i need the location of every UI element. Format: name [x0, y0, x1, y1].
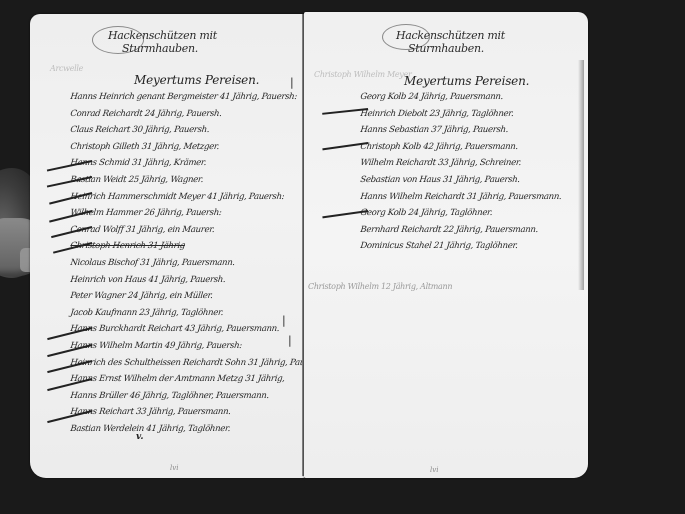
- page-edge-shadow: [578, 60, 584, 290]
- left-page: Hackenschützen mit Sturmhauben. Arcwelle…: [30, 14, 305, 478]
- check-mark: |: [282, 314, 286, 327]
- bleed-through-text: Christoph Wilhelm Meyer: [314, 70, 412, 79]
- list-item: Hanns Reichart 33 Jährig, Pauersmann.: [69, 407, 326, 424]
- list-item: Hanns Brüller 46 Jährig, Taglöhner, Paue…: [69, 391, 326, 408]
- list-item: Bastian Weidt 25 Jährig, Wagner.: [69, 175, 326, 192]
- right-page-heading: Meyertums Pereisen.: [404, 74, 529, 88]
- list-item: Wilhelm Reichardt 33 Jährig, Schreiner.: [359, 158, 562, 175]
- list-item: Sebastian von Haus 31 Jährig, Pauersh.: [359, 175, 562, 192]
- list-item: Hanns Sebastian 37 Jährig, Pauersh.: [359, 125, 562, 142]
- list-item: Christoph Kolb 42 Jährig, Pauersmann.: [359, 142, 562, 159]
- list-item: Conrad Wolff 31 Jährig, ein Maurer.: [69, 225, 326, 242]
- list-item: Georg Kolb 24 Jährig, Taglöhner.: [359, 208, 562, 225]
- right-page-title-line2: Sturmhauben.: [408, 43, 484, 55]
- list-item: Heinrich Hammerschmidt Meyer 41 Jährig, …: [69, 192, 326, 209]
- list-item: Hanns Ernst Wilhelm der Amtmann Metzg 31…: [69, 374, 326, 391]
- faint-note: Christoph Wilhelm 12 Jährig, Altmann: [308, 282, 452, 291]
- list-item-struck: Christoph Henrich 31 Jährig: [69, 241, 326, 258]
- list-item: Heinrich des Schultheissen Reichardt Soh…: [69, 358, 326, 375]
- left-page-entry-list: Hanns Heinrich genant Bergmeister 41 Jäh…: [70, 92, 325, 440]
- list-item: Peter Wagner 24 Jährig, ein Müller.: [69, 291, 326, 308]
- list-item: Bastian Werdelein 41 Jährig, Taglöhner.: [69, 424, 326, 441]
- check-mark: |: [288, 334, 292, 347]
- left-page-heading: Meyertums Pereisen.: [134, 73, 259, 87]
- folio-number: lvi: [430, 466, 438, 474]
- list-item: Dominicus Stahel 21 Jährig, Taglöhner.: [359, 241, 562, 258]
- right-page-entry-list: Georg Kolb 24 Jährig, Pauersmann. Heinri…: [360, 92, 561, 258]
- list-item: Claus Reichart 30 Jährig, Pauersh.: [69, 125, 326, 142]
- right-page-title-line1: Hackenschützen mit: [396, 30, 505, 42]
- folio-number: lvi: [170, 464, 178, 472]
- list-item: Bernhard Reichardt 22 Jährig, Pauersmann…: [359, 225, 562, 242]
- list-item: Conrad Reichardt 24 Jährig, Pauersh.: [69, 109, 326, 126]
- list-item: Wilhelm Hammer 26 Jährig, Pauersh:: [69, 208, 326, 225]
- list-item: Christoph Gilleth 31 Jährig, Metzger.: [69, 142, 326, 159]
- list-item: Hanns Heinrich genant Bergmeister 41 Jäh…: [69, 92, 326, 109]
- left-page-title-line2: Sturmhauben.: [122, 43, 198, 55]
- signature-mark: v.: [136, 432, 143, 442]
- left-page-title-line1: Hackenschützen mit: [108, 30, 217, 42]
- list-item: Georg Kolb 24 Jährig, Pauersmann.: [359, 92, 562, 109]
- check-mark: |: [290, 76, 294, 89]
- list-item: Jacob Kaufmann 23 Jährig, Taglöhner.: [69, 308, 326, 325]
- bleed-through-text: Arcwelle: [50, 64, 83, 73]
- list-item: Heinrich von Haus 41 Jährig, Pauersh.: [69, 275, 326, 292]
- list-item: Hanns Wilhelm Reichardt 31 Jährig, Pauer…: [359, 192, 562, 209]
- list-item: Hanns Schmid 31 Jährig, Krämer.: [69, 158, 326, 175]
- right-page: Hackenschützen mit Sturmhauben. Christop…: [304, 12, 588, 478]
- list-item: Nicolaus Bischof 31 Jährig, Pauersmann.: [69, 258, 326, 275]
- list-item: Heinrich Diebolt 23 Jährig, Taglöhner.: [359, 109, 562, 126]
